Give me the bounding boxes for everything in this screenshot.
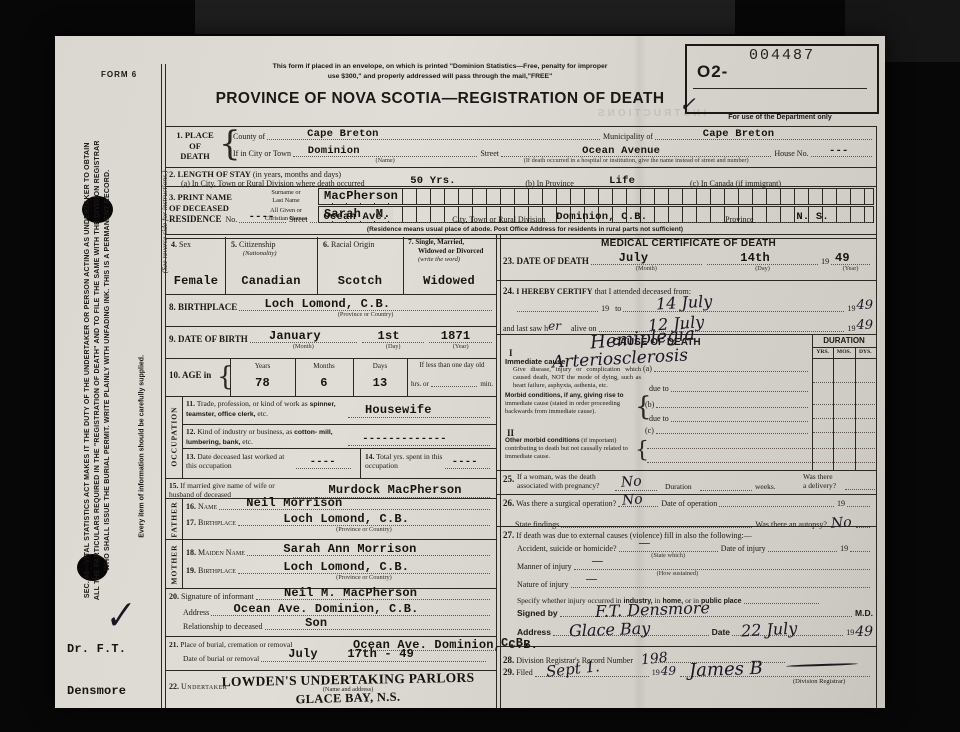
rule <box>166 294 496 295</box>
house-no-label: House No. <box>774 149 808 159</box>
residence-caption: (Residence means usual place of abode. P… <box>205 226 845 234</box>
residence-division-label: City, Town or Rural Division <box>452 215 545 225</box>
attended-from-year: 49 <box>856 298 873 315</box>
form-right-rule <box>876 126 877 708</box>
field-number: 25. <box>503 474 514 485</box>
death-year-field: 49 (Year) <box>831 264 870 265</box>
duration-col-yrs: YRS. <box>812 349 833 355</box>
pregnancy-label-2: associated with pregnancy? <box>517 481 599 491</box>
age-months-label: Months <box>295 362 353 371</box>
manner-value: — <box>591 554 603 570</box>
label: Single, Married, <box>415 238 464 246</box>
burial-date-line: Date of burial or removal July 17th - 49 <box>183 654 489 664</box>
injury-year-field <box>850 551 870 552</box>
nature-field: — <box>571 587 870 588</box>
industry-field: ------------- <box>348 445 490 446</box>
hrs-field <box>431 386 477 387</box>
label: Sex <box>179 240 191 249</box>
label: Total yrs. spent in <box>376 452 430 461</box>
occupation-field: Housewife <box>348 417 490 418</box>
label: Kind of industry or business, as <box>197 427 292 436</box>
operation-date-field <box>719 506 834 507</box>
field-number: 12. <box>186 427 195 436</box>
field-number: 20. <box>169 592 179 601</box>
morbid-conditions-text: Morbid conditions, if any, giving rise t… <box>505 392 635 416</box>
mother-birthplace-field: Loch Lomond, C.B. (Province or Country) <box>238 573 490 574</box>
attended-from-field: 14 July <box>623 311 844 312</box>
citizenship-label: 5. Citizenship (Nationality) <box>231 240 315 259</box>
date-of-birth-line: 9. DATE OF BIRTH January (Month) 1st (Da… <box>169 334 495 345</box>
birthplace-value: Loch Lomond, C.B. <box>264 297 390 313</box>
residence-street-value: Ocean Ave. <box>324 211 389 225</box>
last-worked-field: ---- <box>296 468 351 469</box>
field-number: 9. <box>169 334 176 344</box>
informant-address-field: Ocean Ave. Dominion, C.B. <box>211 615 490 616</box>
label: etc. <box>242 437 253 446</box>
burial-date-field: July 17th - 49 <box>261 661 486 662</box>
attended-from-value: 14 July <box>656 292 713 316</box>
day-caption: (Day) <box>755 265 770 273</box>
burial-date-label: Date of burial or removal <box>183 654 259 664</box>
to-label: to <box>615 304 621 314</box>
rule <box>166 478 496 479</box>
marital-status-value: Widowed <box>403 274 495 288</box>
department-only-caption: For use of the Department only <box>685 114 875 123</box>
due2-field <box>671 421 808 422</box>
filed-date-field: Sept 1. <box>535 676 649 677</box>
residence-division-value: Dominion, C.B. <box>556 211 647 225</box>
rule <box>496 280 876 281</box>
operation-line: 26. Was there a surgical operation? No D… <box>503 498 873 509</box>
cause-b-field <box>656 407 808 408</box>
signed-year-value: 49 <box>855 624 873 640</box>
rule <box>182 424 496 425</box>
sex-value: Female <box>168 274 224 288</box>
birth-day-value: 1st <box>378 329 400 345</box>
last-saw-year: 49 <box>856 318 873 335</box>
duration-columns: YRS. MOS. DYS. <box>812 349 876 355</box>
label: DATE OF DEATH <box>517 256 589 266</box>
total-years-field: ---- <box>445 468 490 469</box>
residence-province-value: N. S. <box>796 211 829 225</box>
field-number: 1. <box>176 130 182 140</box>
mother-group-label: MOTHER <box>170 540 179 590</box>
residence-line: RESIDENCE No. ---- Street Ocean Ave. Cit… <box>169 214 875 225</box>
residence-province-field: N. S. <box>756 222 872 223</box>
field-number: 4. <box>171 240 177 249</box>
year-caption: (Year) <box>843 265 859 273</box>
label: Maiden Name <box>198 548 245 557</box>
label: Trade, profession, or kind of work as <box>197 399 308 408</box>
year-prefix: 19 <box>652 668 660 678</box>
label: AGE in <box>182 370 211 380</box>
burial-place-label: 21. Place of burial, cremation or remova… <box>169 640 292 650</box>
label: Date deceased last worked <box>197 452 277 461</box>
province-country-caption: (Province or Country) <box>336 526 392 534</box>
burial-place-value: Ocean Ave. Dominion, C.B. <box>353 638 538 652</box>
age-days-label: Days <box>353 362 407 371</box>
sublabel: Surname or <box>257 189 315 197</box>
year-prefix: 19 <box>840 544 848 554</box>
physician-address-line: Address Glace Bay Date 22 July 19 49 <box>517 624 873 638</box>
rule <box>166 326 496 327</box>
residence-province-label: Province <box>725 215 753 225</box>
label: DATE OF BIRTH <box>178 334 248 344</box>
accident-value: — <box>638 536 650 552</box>
attended-from-line: 19 to 14 July 19 49 <box>515 298 873 314</box>
field-number: 5. <box>231 240 237 249</box>
margin-statute-text: SEC. 46—VITAL STATISTICS ACT MAKES IT TH… <box>83 135 113 605</box>
residence-no-label: No. <box>226 215 238 225</box>
findings-field <box>561 527 752 528</box>
field-number: 7. <box>408 237 414 246</box>
total-years-line: 14. Total yrs. spent in this occupation … <box>365 452 493 471</box>
pregnancy-duration-label: Duration <box>665 482 692 492</box>
cause-c-field <box>656 433 808 434</box>
field-number: 11. <box>186 399 195 408</box>
informant-signature-field: Neil M. MacPherson <box>256 599 490 600</box>
rule <box>647 448 811 449</box>
cause-due1-line: due to <box>649 384 811 394</box>
birth-month-value: January <box>269 329 321 345</box>
age-less-than-day-label: If less than one day old <box>409 361 495 370</box>
field-number: 19. <box>186 566 196 575</box>
signed-date-field: 22 July <box>732 635 843 636</box>
father-name-field: Neil Morrison <box>219 509 490 510</box>
signed-date-value: 22 July <box>740 619 797 641</box>
house-no-field: --- <box>811 156 872 157</box>
birthplace-line: 8. BIRTHPLACE Loch Lomond, C.B. (Provinc… <box>169 302 495 313</box>
field-number: 18. <box>186 548 196 557</box>
mother-name-line: 18. Maiden Name Sarah Ann Morrison <box>186 548 493 558</box>
informant-relationship-line: Relationship to deceased Son <box>183 622 493 632</box>
operation-field: No <box>618 506 658 507</box>
field-number: 24. <box>503 286 514 296</box>
county-label: County of <box>233 132 265 142</box>
findings-label: State findings <box>515 520 559 530</box>
rule <box>813 404 875 405</box>
md-label: M.D. <box>855 608 873 619</box>
label: Racial Origin <box>331 240 374 249</box>
signed-date-label: Date <box>712 627 730 638</box>
mother-name-field: Sarah Ann Morrison <box>247 555 490 556</box>
rule <box>166 186 876 187</box>
envelope-note: This form if placed in an envelope, on w… <box>205 62 675 82</box>
surname-value: MacPherson <box>322 189 400 203</box>
rule <box>496 646 876 647</box>
certificate-paper: FORM 6 SEC. 46—VITAL STATISTICS ACT MAKE… <box>55 36 885 708</box>
rule <box>647 462 811 463</box>
field-number: 14. <box>365 452 374 461</box>
cause-due2-line: due to <box>649 414 811 424</box>
group-rule <box>182 539 183 588</box>
label: Was there a surgical operation? <box>516 499 616 508</box>
label: If death was due to external causes (vio… <box>516 531 751 540</box>
residence-label: RESIDENCE <box>169 214 222 225</box>
residence-no-value: ---- <box>249 211 275 225</box>
attended-field <box>517 311 598 312</box>
label: Citizenship <box>239 240 275 249</box>
year-prefix: 19 <box>601 304 609 314</box>
year-prefix: 19 <box>837 499 845 509</box>
name-caption: (Name) <box>376 157 395 165</box>
informant-relationship-field: Son <box>265 629 490 630</box>
house-no-value: --- <box>829 145 849 159</box>
cause-c-label: (c) <box>645 426 654 436</box>
envelope-note-line1: This form if placed in an envelope, on w… <box>205 62 675 72</box>
cause-b-line: (b) <box>645 400 811 410</box>
group-rule <box>182 498 183 539</box>
surname-sublabel: Surname or Last Name <box>257 189 315 204</box>
signed-by-line: Signed by F.T. Densmore M.D. <box>517 608 873 619</box>
label: Widowed or Divorced <box>418 247 494 256</box>
findings-line: State findings Was there an autopsy? No <box>515 514 873 530</box>
label: Birthplace <box>198 566 236 575</box>
due-to-label: due to <box>649 384 669 394</box>
residence-division-field: Dominion, C.B. <box>547 222 722 223</box>
residence-street-label: Street <box>289 215 308 225</box>
registration-number-box: O2- 004487 <box>685 44 879 114</box>
city-town-value: Dominion <box>308 145 360 159</box>
min-label: min. <box>480 380 493 389</box>
informant-relationship-value: Son <box>305 616 327 632</box>
cell-rule <box>360 448 361 478</box>
registrar-signature-field: James B <box>680 676 870 677</box>
physician-address-value: Glace Bay <box>568 619 650 641</box>
sublabel: Last Name <box>257 197 315 205</box>
box-rule <box>693 88 867 89</box>
envelope-note-line2: use $300," and properly addressed will p… <box>205 72 675 82</box>
autopsy-field <box>856 527 870 528</box>
signature-flourish <box>784 663 858 673</box>
registration-number: 004487 <box>687 47 877 64</box>
last-saw-pronoun: er <box>548 319 561 335</box>
scan-artifact <box>195 0 735 34</box>
filed-line: 29. Filed Sept 1. 19 49 James B <box>503 664 873 679</box>
age-months-value: 6 <box>295 376 353 390</box>
field-number: 8. <box>169 302 176 312</box>
birth-year-value: 1871 <box>441 329 471 345</box>
hrs-label: hrs. or <box>411 380 429 389</box>
accident-field: — (State which) <box>619 551 718 552</box>
citizenship-value: Canadian <box>225 274 317 288</box>
pregnancy-value: No <box>620 473 642 490</box>
county-value: Cape Breton <box>307 128 379 142</box>
rule <box>700 490 752 491</box>
citizenship-sublabel: (Nationality) <box>243 250 315 258</box>
duration-col-rule <box>833 347 834 470</box>
informant-address-label: Address <box>183 608 209 618</box>
nature-label: Nature of injury <box>517 580 569 590</box>
how-sustained-caption: (How sustained) <box>657 570 698 578</box>
place-street-line: If in City or Town Dominion (Name) Stree… <box>233 149 875 159</box>
last-worked-value: ---- <box>310 456 336 470</box>
date-of-death-line: 23. DATE OF DEATH July (Month) 14th (Day… <box>503 256 873 267</box>
cause-c-line: (c) <box>645 426 811 436</box>
municipality-label: Municipality of <box>603 132 653 142</box>
label-bold: Morbid conditions, if any, giving rise t… <box>505 392 623 399</box>
sex-label: 4. Sex <box>171 240 191 250</box>
weeks-label: weeks. <box>755 482 776 492</box>
signed-by-field: F.T. Densmore <box>560 616 852 617</box>
field-number: 15. <box>169 481 178 490</box>
operation-date-label: Date of operation <box>661 499 717 509</box>
birth-day-field: 1st (Day) <box>362 342 425 343</box>
field-number: 16. <box>186 502 196 511</box>
label: Birthplace <box>198 518 236 527</box>
mother-birthplace-value: Loch Lomond, C.B. <box>283 560 409 576</box>
autopsy-value: No <box>830 513 852 533</box>
rule <box>813 432 875 433</box>
rule <box>813 418 875 419</box>
surname-comb-field: MacPherson <box>318 188 874 205</box>
manner-label: Manner of injury <box>517 562 572 572</box>
registration-number-prefix: O2- <box>697 62 728 82</box>
birth-year-field: 1871 (Year) <box>429 342 492 343</box>
label: Signature of informant <box>181 592 254 601</box>
cause-a-field <box>654 371 808 372</box>
rule <box>166 396 496 397</box>
field-number: 29. <box>503 667 514 677</box>
duration-col-dys: DYS. <box>855 349 876 355</box>
delivery-label-2: a delivery? <box>803 481 836 491</box>
field-number: 2. <box>169 169 175 179</box>
street-field: Ocean Avenue (If death occurred in a hos… <box>501 156 771 157</box>
rule <box>166 167 876 168</box>
specify-field <box>744 603 820 604</box>
province-country-caption: (Province or Country) <box>338 311 394 319</box>
informant-relationship-label: Relationship to deceased <box>183 622 263 632</box>
year-prefix: 19 <box>821 257 829 267</box>
rule <box>813 462 875 463</box>
operation-value: No <box>622 491 644 511</box>
field-number: 26. <box>503 498 514 508</box>
death-month-value: July <box>619 251 649 267</box>
manner-line: Manner of injury — (How sustained) <box>517 562 873 572</box>
hospital-caption: (If death occurred in a hospital or inst… <box>524 157 749 165</box>
industry-value: ------------- <box>362 433 447 447</box>
print-name-label: 3. PRINT NAME OF DECEASED <box>169 192 232 215</box>
last-worked-line: 13. Date deceased last worked at this oc… <box>186 452 354 471</box>
father-birthplace-line: 17. Birthplace Loch Lomond, C.B. (Provin… <box>186 518 493 528</box>
margin-checkmark: ✓ <box>100 594 137 640</box>
age-days-value: 13 <box>353 376 407 390</box>
municipality-value: Cape Breton <box>703 128 775 142</box>
field-number: 6. <box>323 240 329 249</box>
father-name-value: Neil Morrison <box>246 496 342 512</box>
label-bold: cotton- <box>294 429 317 436</box>
nature-value: — <box>586 572 598 588</box>
rule <box>166 636 496 637</box>
field-number: 3. <box>169 192 175 202</box>
margin-annotation-line1: Dr. F.T. <box>67 642 126 656</box>
death-day-field: 14th (Day) <box>707 264 818 265</box>
racial-origin-label: 6. Racial Origin <box>323 240 374 250</box>
rule <box>845 489 875 490</box>
informant-address-line: Address Ocean Ave. Dominion, C.B. <box>183 608 493 618</box>
birth-month-field: January (Month) <box>250 342 357 343</box>
field-number: 22. <box>169 682 179 691</box>
due1-field <box>671 391 808 392</box>
year-prefix: 19 <box>847 324 855 334</box>
mother-name-value: Sarah Ann Morrison <box>283 542 416 558</box>
racial-origin-value: Scotch <box>317 274 403 288</box>
age-years-value: 78 <box>230 376 295 390</box>
label: PLACE <box>185 130 214 140</box>
scanned-death-certificate: { "header": { "form_no": "FORM 6", "note… <box>0 0 960 732</box>
spouse-value: Murdock MacPherson <box>328 483 461 499</box>
label: BIRTHPLACE <box>178 302 237 312</box>
rule <box>496 470 876 471</box>
rule <box>812 347 876 348</box>
field-number: 27. <box>503 530 514 540</box>
filed-date-value: Sept 1. <box>545 657 601 682</box>
county-field: Cape Breton <box>267 139 600 140</box>
injury-date-field <box>768 551 837 552</box>
label: DEATH <box>169 151 221 162</box>
duration-col-mos: MOS. <box>833 349 854 355</box>
birthplace-field: Loch Lomond, C.B. (Province or Country) <box>239 310 492 311</box>
total-years-value: ---- <box>452 456 478 470</box>
city-town-label: If in City or Town <box>233 149 291 159</box>
label-bold: I HEREBY CERTIFY <box>516 287 592 296</box>
field-number: 17. <box>186 518 196 527</box>
physician-address-field: Glace Bay <box>553 635 709 636</box>
group-rule <box>182 396 183 478</box>
margin-supply-note: Every item of information should be care… <box>139 316 148 576</box>
label-bold: Other morbid conditions <box>505 437 580 444</box>
label: If married give name of wife <box>180 481 266 490</box>
injury-date-label: Date of injury <box>721 544 766 554</box>
age-hours-line: hrs. or min. <box>411 380 493 389</box>
manner-field: — (How sustained) <box>574 569 870 570</box>
age-years-label: Years <box>230 362 295 371</box>
nature-line: Nature of injury — <box>517 580 873 590</box>
autopsy-label: Was there an autopsy? <box>755 520 827 530</box>
municipality-field: Cape Breton <box>655 139 872 140</box>
age-label: 10. AGE in <box>169 370 211 381</box>
label: PRINT NAME <box>178 192 232 202</box>
other-morbid-text: Other morbid conditions (if important) c… <box>505 437 639 461</box>
label: immediate cause (stated in order proceed… <box>505 400 620 415</box>
street-value: Ocean Avenue <box>582 145 660 159</box>
occupation-value: Housewife <box>365 403 432 419</box>
rule <box>166 539 496 540</box>
state-which-caption: (State which) <box>651 552 685 560</box>
place-of-death-label: 1. PLACE OF DEATH <box>169 130 221 162</box>
operation-year-field <box>847 506 870 507</box>
due-to-label: due to <box>649 414 669 424</box>
month-caption: (Month) <box>636 265 657 273</box>
signed-by-value: F.T. Densmore <box>594 598 710 621</box>
last-saw-label: and last saw h <box>503 324 548 334</box>
month-caption: (Month) <box>293 343 314 351</box>
rule <box>496 494 876 495</box>
informant-signature-value: Neil M. MacPherson <box>284 586 417 602</box>
margin-annotation-line2: Densmore <box>67 684 126 698</box>
day-caption: (Day) <box>386 343 401 351</box>
label: Place of burial, cremation or removal <box>180 640 292 649</box>
page-title: PROVINCE OF NOVA SCOTIA—REGISTRATION OF … <box>205 90 675 108</box>
occupation-group-label: OCCUPATION <box>170 397 179 477</box>
residence-street-field: Ocean Ave. <box>310 222 450 223</box>
field-number: 10. <box>169 370 180 380</box>
rule <box>166 358 496 359</box>
form-left-rule <box>161 64 166 708</box>
father-group-label: FATHER <box>170 495 179 545</box>
rule <box>496 526 876 527</box>
marital-status-label: 7. Single, Married, Widowed or Divorced … <box>408 237 494 264</box>
